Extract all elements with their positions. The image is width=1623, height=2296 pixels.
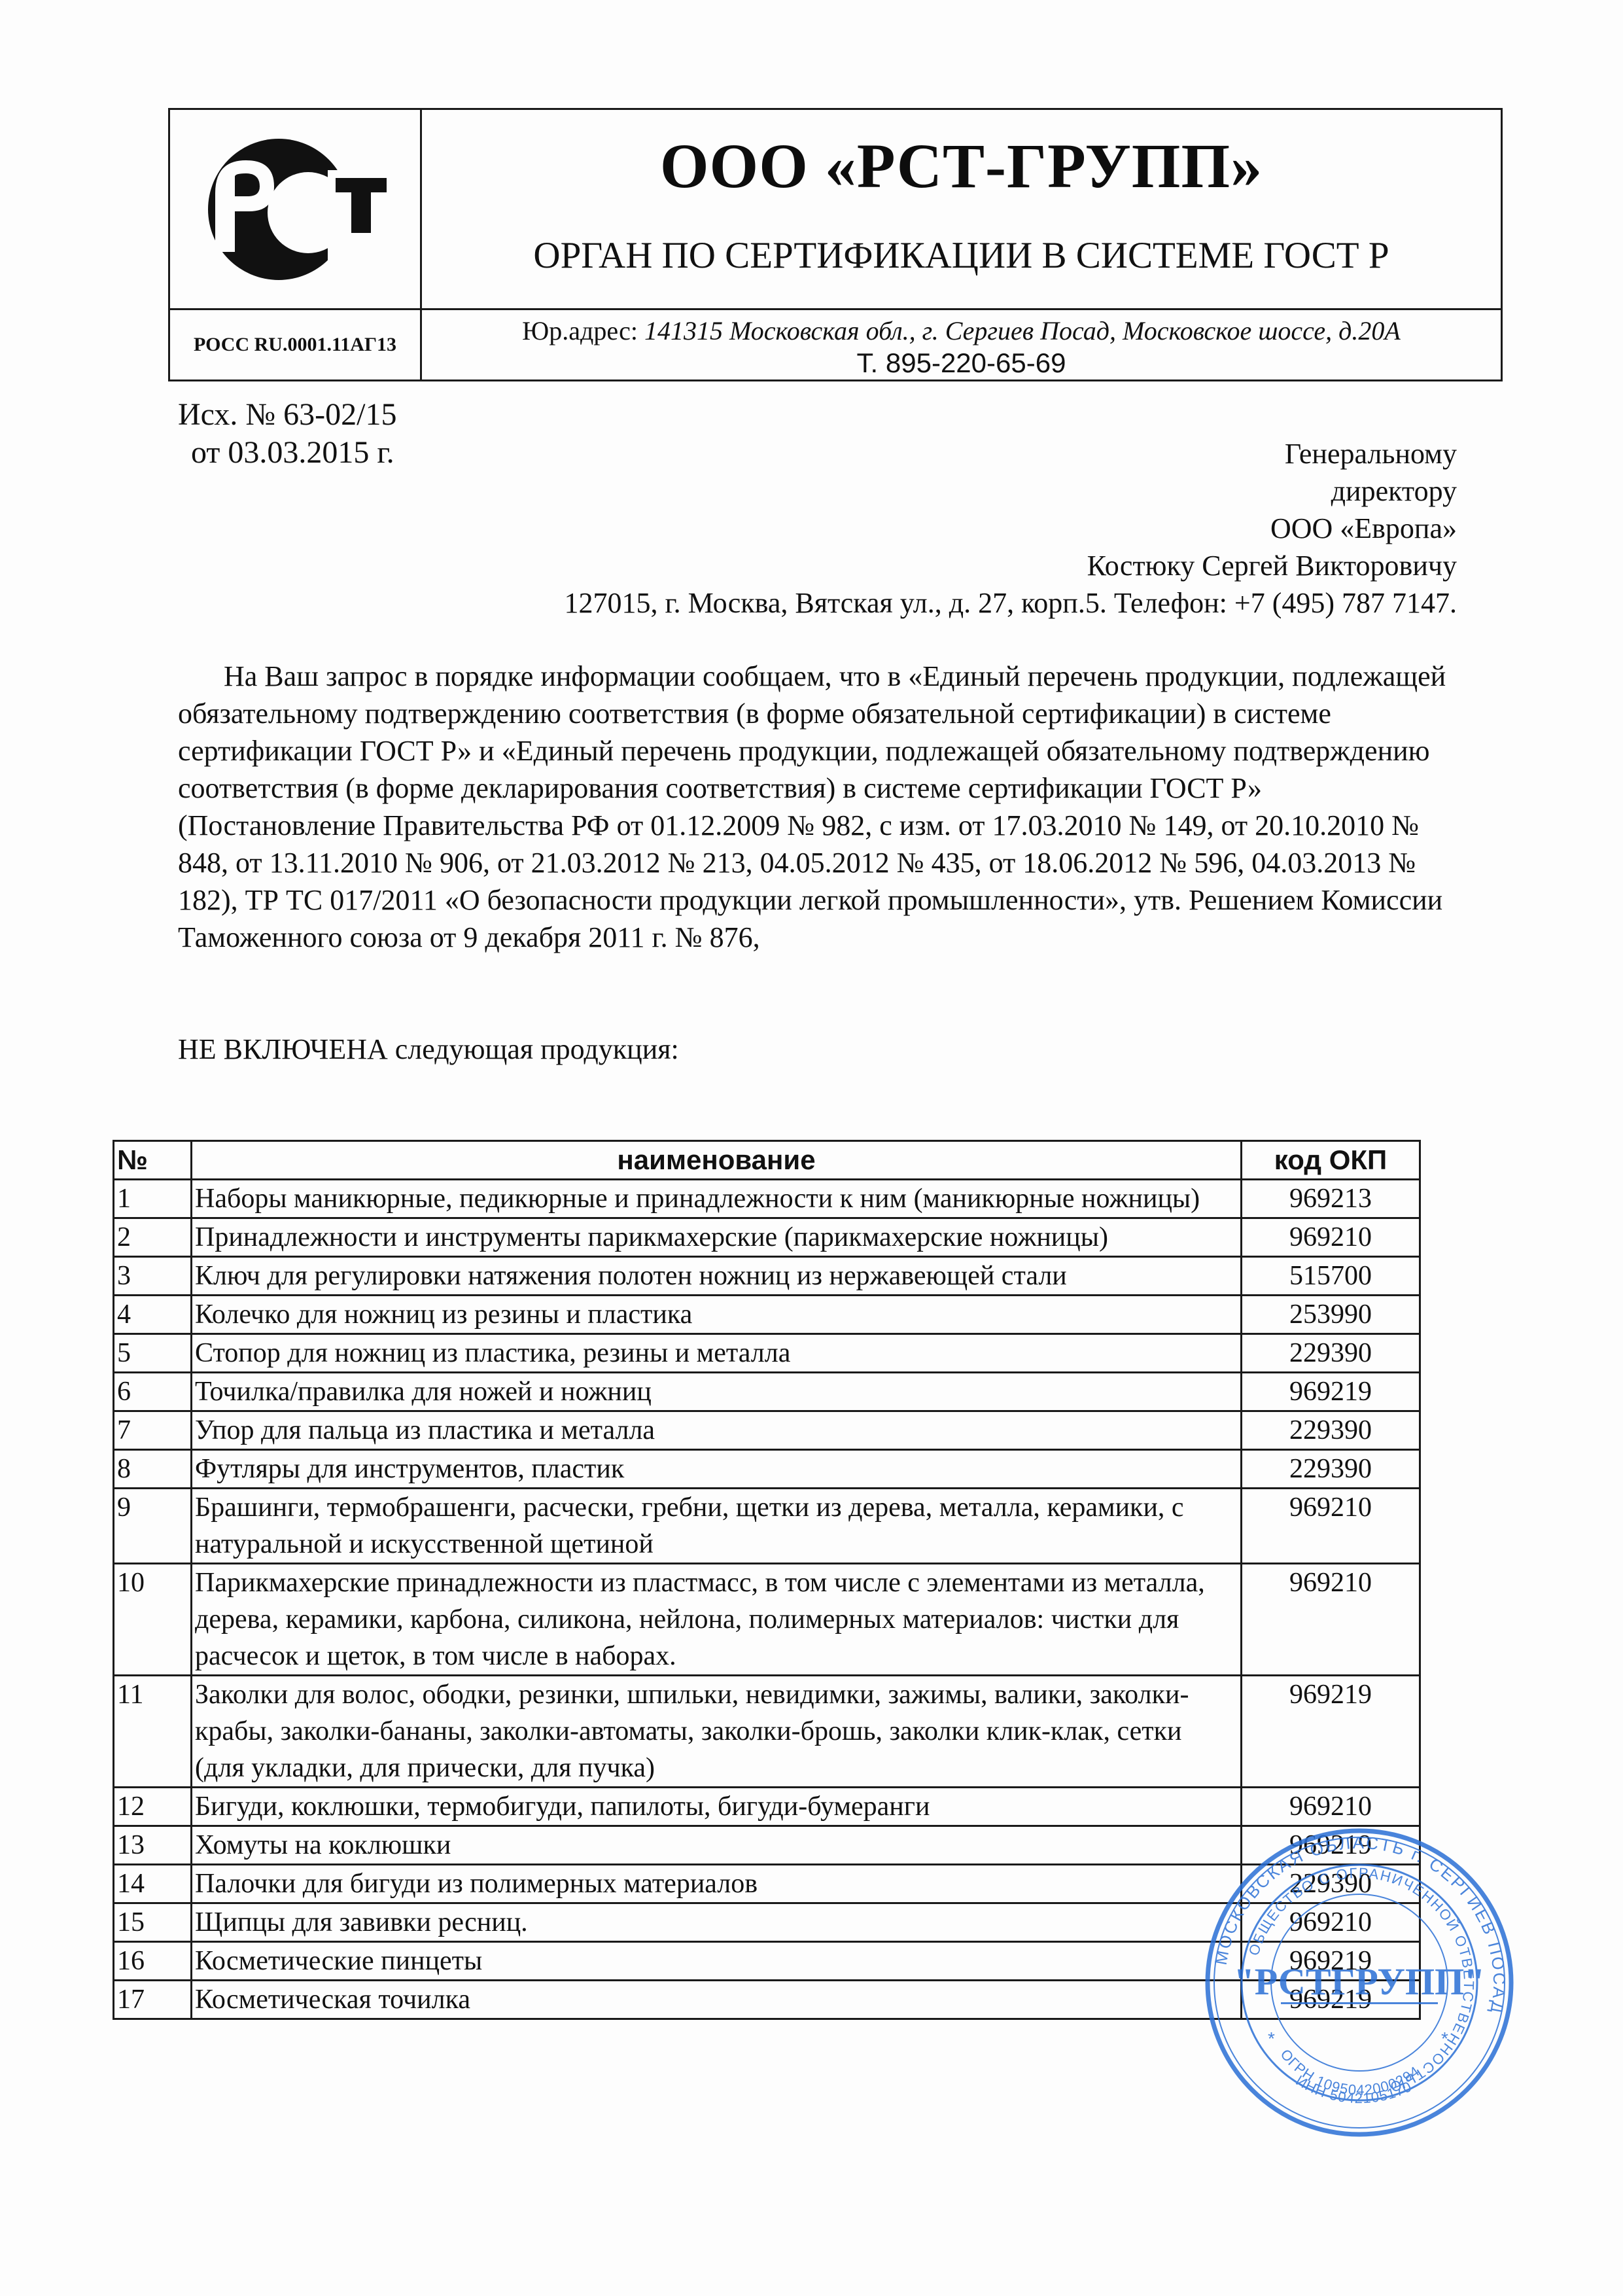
table-header-row: № наименование код ОКП xyxy=(114,1141,1420,1180)
legal-address: Юр.адрес: 141315 Московская обл., г. Сер… xyxy=(422,315,1501,346)
table-row: 8Футляры для инструментов, пластик229390 xyxy=(114,1450,1420,1489)
title-cell: ООО «РСТ-ГРУПП» ОРГАН ПО СЕРТИФИКАЦИИ В … xyxy=(422,110,1501,310)
table-row: 11Заколки для волос, ободки, резинки, шп… xyxy=(114,1676,1420,1788)
outgoing-reference: Исх. № 63-02/15 от 03.03.2015 г. xyxy=(178,396,396,472)
row-okp-code: 969219 xyxy=(1242,1373,1420,1411)
company-subtitle: ОРГАН ПО СЕРТИФИКАЦИИ В СИСТЕМЕ ГОСТ Р xyxy=(422,234,1501,277)
row-name: Принадлежности и инструменты парикмахерс… xyxy=(192,1218,1242,1257)
row-name: Парикмахерские принадлежности из пластма… xyxy=(192,1564,1242,1676)
row-number: 13 xyxy=(114,1826,192,1865)
rst-logo-icon xyxy=(197,131,393,288)
seal-ogrn: ОГРН 1095042000294 xyxy=(1277,2046,1423,2098)
row-okp-code: 229390 xyxy=(1242,1411,1420,1450)
row-okp-code: 969210 xyxy=(1242,1788,1420,1826)
row-name: Стопор для ножниц из пластика, резины и … xyxy=(192,1334,1242,1373)
addressee-line: Костюку Сергей Викторовичу xyxy=(565,547,1457,584)
row-number: 16 xyxy=(114,1942,192,1981)
row-number: 17 xyxy=(114,1981,192,2019)
row-okp-code: 969210 xyxy=(1242,1489,1420,1564)
row-name: Точилка/правилка для ножей и ножниц xyxy=(192,1373,1242,1411)
row-okp-code: 229390 xyxy=(1242,1865,1420,1903)
row-okp-code: 253990 xyxy=(1242,1296,1420,1334)
row-okp-code: 969213 xyxy=(1242,1180,1420,1218)
row-number: 11 xyxy=(114,1676,192,1788)
row-okp-code: 969219 xyxy=(1242,1676,1420,1788)
table-row: 3Ключ для регулировки натяжения полотен … xyxy=(114,1257,1420,1296)
row-okp-code: 515700 xyxy=(1242,1257,1420,1296)
addressee-line: ООО «Европа» xyxy=(565,510,1457,547)
row-number: 9 xyxy=(114,1489,192,1564)
row-name: Колечко для ножниц из резины и пластика xyxy=(192,1296,1242,1334)
row-name: Палочки для бигуди из полимерных материа… xyxy=(192,1865,1242,1903)
row-name: Упор для пальца из пластика и металла xyxy=(192,1411,1242,1450)
addressee-line: директору xyxy=(565,472,1457,510)
row-name: Щипцы для завивки ресниц. xyxy=(192,1903,1242,1942)
row-okp-code: 969210 xyxy=(1242,1218,1420,1257)
row-number: 10 xyxy=(114,1564,192,1676)
table-row: 15Щипцы для завивки ресниц.969210 xyxy=(114,1903,1420,1942)
table-row: 1Наборы маникюрные, педикюрные и принадл… xyxy=(114,1180,1420,1218)
svg-text:ИНН 5042105170: ИНН 5042105170 xyxy=(1293,2072,1414,2106)
addressee-line: Генеральному xyxy=(565,435,1457,472)
body-paragraph: На Ваш запрос в порядке информации сообщ… xyxy=(178,658,1460,956)
legal-address-label: Юр.адрес: xyxy=(522,316,638,345)
products-table: № наименование код ОКП 1Наборы маникюрны… xyxy=(113,1140,1421,2020)
row-number: 2 xyxy=(114,1218,192,1257)
address-cell: Юр.адрес: 141315 Московская обл., г. Сер… xyxy=(422,310,1501,380)
legal-address-value: 141315 Московская обл., г. Сергиев Посад… xyxy=(644,316,1401,345)
header-name: наименование xyxy=(192,1141,1242,1180)
row-number: 3 xyxy=(114,1257,192,1296)
row-number: 15 xyxy=(114,1903,192,1942)
row-name: Брашинги, термобрашенги, расчески, гребн… xyxy=(192,1489,1242,1564)
row-name: Наборы маникюрные, педикюрные и принадле… xyxy=(192,1180,1242,1218)
company-phone: Т. 895-220-65-69 xyxy=(422,347,1501,379)
row-number: 1 xyxy=(114,1180,192,1218)
seal-star-icon: * xyxy=(1268,2028,1275,2049)
row-okp-code: 969219 xyxy=(1242,1942,1420,1981)
row-okp-code: 969210 xyxy=(1242,1564,1420,1676)
row-number: 14 xyxy=(114,1865,192,1903)
row-name: Ключ для регулировки натяжения полотен н… xyxy=(192,1257,1242,1296)
row-okp-code: 969210 xyxy=(1242,1903,1420,1942)
reference-number: Исх. № 63-02/15 xyxy=(178,396,396,434)
row-number: 6 xyxy=(114,1373,192,1411)
table-row: 16Косметические пинцеты969219 xyxy=(114,1942,1420,1981)
row-number: 8 xyxy=(114,1450,192,1489)
letter-body: На Ваш запрос в порядке информации сообщ… xyxy=(178,658,1460,1068)
table-row: 10Парикмахерские принадлежности из пласт… xyxy=(114,1564,1420,1676)
seal-star-icon: * xyxy=(1441,2028,1448,2049)
addressee-address: 127015, г. Москва, Вятская ул., д. 27, к… xyxy=(565,584,1457,622)
table-row: 5Стопор для ножниц из пластика, резины и… xyxy=(114,1334,1420,1373)
table-row: 13Хомуты на коклюшки969219 xyxy=(114,1826,1420,1865)
row-name: Заколки для волос, ободки, резинки, шпил… xyxy=(192,1676,1242,1788)
row-name: Бигуди, коклюшки, термобигуди, папилоты,… xyxy=(192,1788,1242,1826)
row-name: Хомуты на коклюшки xyxy=(192,1826,1242,1865)
not-included-heading: НЕ ВКЛЮЧЕНА следующая продукция: xyxy=(178,1031,1460,1068)
addressee-block: Генеральному директору ООО «Европа» Кост… xyxy=(565,435,1457,622)
table-row: 14Палочки для бигуди из полимерных матер… xyxy=(114,1865,1420,1903)
row-okp-code: 969219 xyxy=(1242,1826,1420,1865)
row-name: Косметическая точилка xyxy=(192,1981,1242,2019)
header-okp-code: код ОКП xyxy=(1242,1141,1420,1180)
row-okp-code: 969219 xyxy=(1242,1981,1420,2019)
row-number: 7 xyxy=(114,1411,192,1450)
certificate-number: РОСС RU.0001.11АГ13 xyxy=(170,310,422,380)
table-row: 7Упор для пальца из пластика и металла22… xyxy=(114,1411,1420,1450)
row-number: 4 xyxy=(114,1296,192,1334)
table-row: 17Косметическая точилка969219 xyxy=(114,1981,1420,2019)
row-okp-code: 229390 xyxy=(1242,1450,1420,1489)
company-name: ООО «РСТ-ГРУПП» xyxy=(422,130,1501,202)
logo-cell xyxy=(170,110,422,310)
row-name: Футляры для инструментов, пластик xyxy=(192,1450,1242,1489)
svg-text:ОГРН 1095042000294: ОГРН 1095042000294 xyxy=(1277,2046,1423,2098)
table-body: 1Наборы маникюрные, педикюрные и принадл… xyxy=(114,1180,1420,2019)
table-row: 12Бигуди, коклюшки, термобигуди, папилот… xyxy=(114,1788,1420,1826)
reference-date: от 03.03.2015 г. xyxy=(178,434,396,472)
header-number: № xyxy=(114,1141,192,1180)
row-number: 12 xyxy=(114,1788,192,1826)
table-row: 4Колечко для ножниц из резины и пластика… xyxy=(114,1296,1420,1334)
row-number: 5 xyxy=(114,1334,192,1373)
table-row: 2Принадлежности и инструменты парикмахер… xyxy=(114,1218,1420,1257)
row-name: Косметические пинцеты xyxy=(192,1942,1242,1981)
table-row: 6Точилка/правилка для ножей и ножниц9692… xyxy=(114,1373,1420,1411)
row-okp-code: 229390 xyxy=(1242,1334,1420,1373)
letterhead: ООО «РСТ-ГРУПП» ОРГАН ПО СЕРТИФИКАЦИИ В … xyxy=(168,108,1503,381)
table-row: 9Брашинги, термобрашенги, расчески, греб… xyxy=(114,1489,1420,1564)
seal-inn: ИНН 5042105170 xyxy=(1293,2072,1414,2106)
